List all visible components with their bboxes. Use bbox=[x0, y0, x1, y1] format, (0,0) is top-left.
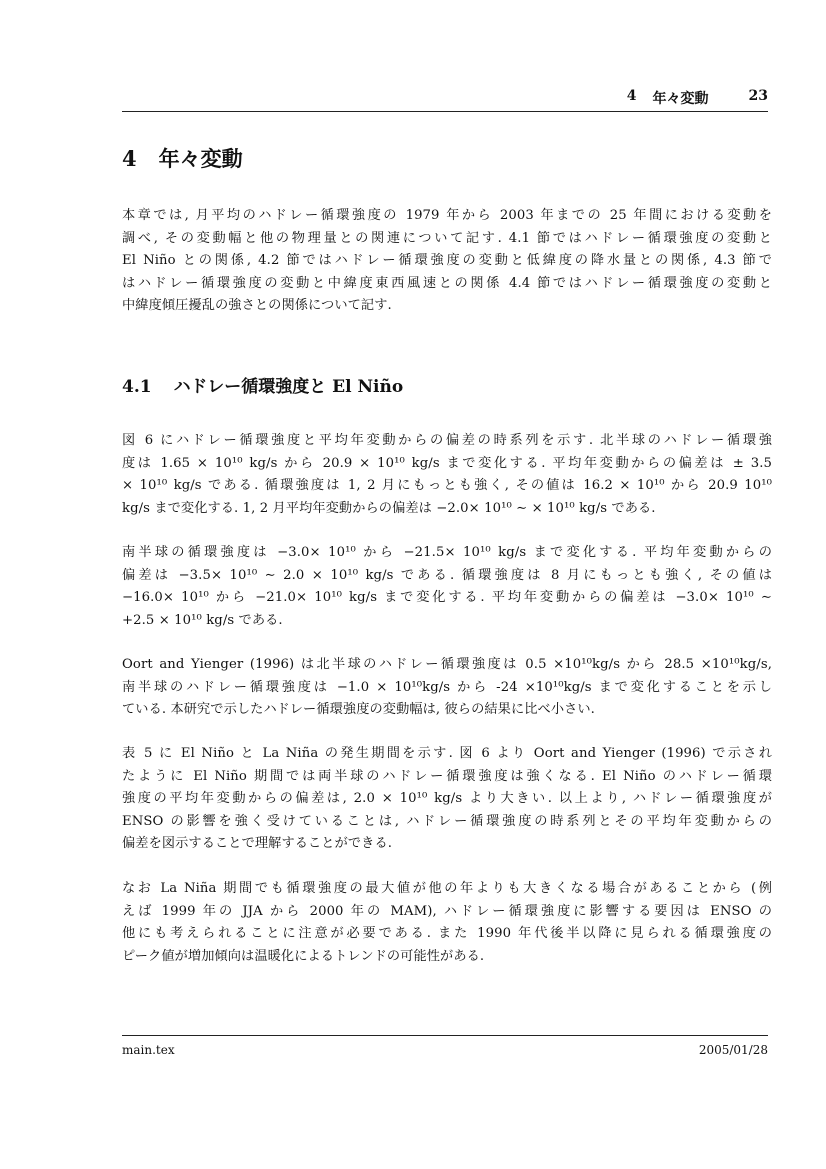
section-title: ハドレー循環強度と bbox=[174, 377, 327, 397]
text-line: ピーク値が増加傾向は温暖化によるトレンドの可能性がある. bbox=[122, 946, 772, 969]
text-line: 表 5 に El Niño と La Niña の発生期間を示す. 図 6 より… bbox=[122, 743, 772, 766]
text-line: 南半球のハドレー循環強度は −1.0 × 10¹⁰kg/s から -24 ×10… bbox=[122, 677, 772, 700]
section-heading: 4.1ハドレー循環強度と El Niño bbox=[122, 372, 403, 397]
text-line: 調べ, その変動幅と他の物理量との関連について記す. 4.1 節ではハドレー循環… bbox=[122, 228, 772, 251]
paragraph-la-nina: なお La Niña 期間でも循環強度の最大値が他の年よりも大きくなる場合がある… bbox=[122, 878, 772, 968]
header-chapter-title: 年々変動 bbox=[653, 88, 709, 108]
text-line: 他にも考えられることに注意が必要である. また 1990 年代後半以降に見られる… bbox=[122, 923, 772, 946]
running-header: 4 年々変動 23 bbox=[122, 88, 768, 110]
text-line: 度は 1.65 × 10¹⁰ kg/s から 20.9 × 10¹⁰ kg/s … bbox=[122, 453, 772, 476]
header-rule bbox=[122, 111, 768, 112]
text-line: 本章では, 月平均のハドレー循環強度の 1979 年から 2003 年までの 2… bbox=[122, 205, 772, 228]
intro-paragraph: 本章では, 月平均のハドレー循環強度の 1979 年から 2003 年までの 2… bbox=[122, 205, 772, 318]
paragraph-oort-yienger: Oort and Yienger (1996) は北半球のハドレー循環強度は 0… bbox=[122, 654, 772, 722]
text-line: +2.5 × 10¹⁰ kg/s である. bbox=[122, 610, 772, 633]
text-line: El Niño との関係, 4.2 節ではハドレー循環強度の変動と低緯度の降水量… bbox=[122, 250, 772, 273]
text-line: たように El Niño 期間では両半球のハドレー循環強度は強くなる. El N… bbox=[122, 766, 772, 789]
text-line: 中緯度傾圧擾乱の強さとの関係について記す. bbox=[122, 295, 772, 318]
document-page: 4 年々変動 23 4年々変動 本章では, 月平均のハドレー循環強度の 1979… bbox=[0, 0, 826, 1169]
footer-filename: main.tex bbox=[122, 1043, 175, 1057]
section-title-latin: El Niño bbox=[332, 377, 403, 397]
text-line: 強度の平均年変動からの偏差は, 2.0 × 10¹⁰ kg/s より大きい. 以… bbox=[122, 788, 772, 811]
text-line: はハドレー循環強度の変動と中緯度東西風速との関係 4.4 節ではハドレー循環強度… bbox=[122, 273, 772, 296]
page-number: 23 bbox=[749, 88, 768, 108]
text-line: 図 6 にハドレー循環強度と平均年変動からの偏差の時系列を示す. 北半球のハドレ… bbox=[122, 430, 772, 453]
text-line: kg/s まで変化する. 1, 2 月平均年変動からの偏差は −2.0× 10¹… bbox=[122, 498, 772, 521]
chapter-heading: 4年々変動 bbox=[122, 143, 243, 173]
text-line: ている. 本研究で示したハドレー循環強度の変動幅は, 彼らの結果に比べ小さい. bbox=[122, 699, 772, 722]
running-header-right: 4 年々変動 23 bbox=[627, 88, 768, 108]
paragraph-northern-hemisphere: 図 6 にハドレー循環強度と平均年変動からの偏差の時系列を示す. 北半球のハドレ… bbox=[122, 430, 772, 520]
text-line: ENSO の影響を強く受けていることは, ハドレー循環強度の時系列とその平均年変… bbox=[122, 811, 772, 834]
header-chapter-number: 4 bbox=[627, 88, 637, 108]
chapter-number: 4 bbox=[122, 146, 137, 171]
paragraph-el-nino: 表 5 に El Niño と La Niña の発生期間を示す. 図 6 より… bbox=[122, 743, 772, 856]
text-line: −16.0× 10¹⁰ から −21.0× 10¹⁰ kg/s まで変化する. … bbox=[122, 587, 772, 610]
section-number: 4.1 bbox=[122, 377, 152, 397]
text-line: なお La Niña 期間でも循環強度の最大値が他の年よりも大きくなる場合がある… bbox=[122, 878, 772, 901]
text-line: 偏差は −3.5× 10¹⁰ ∼ 2.0 × 10¹⁰ kg/s である. 循環… bbox=[122, 565, 772, 588]
text-line: × 10¹⁰ kg/s である. 循環強度は 1, 2 月にもっとも強く, その… bbox=[122, 475, 772, 498]
text-line: えば 1999 年の JJA から 2000 年の MAM), ハドレー循環強度… bbox=[122, 901, 772, 924]
text-line: 南半球の循環強度は −3.0× 10¹⁰ から −21.5× 10¹⁰ kg/s… bbox=[122, 542, 772, 565]
text-line: Oort and Yienger (1996) は北半球のハドレー循環強度は 0… bbox=[122, 654, 772, 677]
text-line: 偏差を図示することで理解することができる. bbox=[122, 833, 772, 856]
footer-rule bbox=[122, 1035, 768, 1036]
chapter-title: 年々変動 bbox=[159, 147, 243, 171]
paragraph-southern-hemisphere: 南半球の循環強度は −3.0× 10¹⁰ から −21.5× 10¹⁰ kg/s… bbox=[122, 542, 772, 632]
footer-date: 2005/01/28 bbox=[699, 1043, 768, 1057]
